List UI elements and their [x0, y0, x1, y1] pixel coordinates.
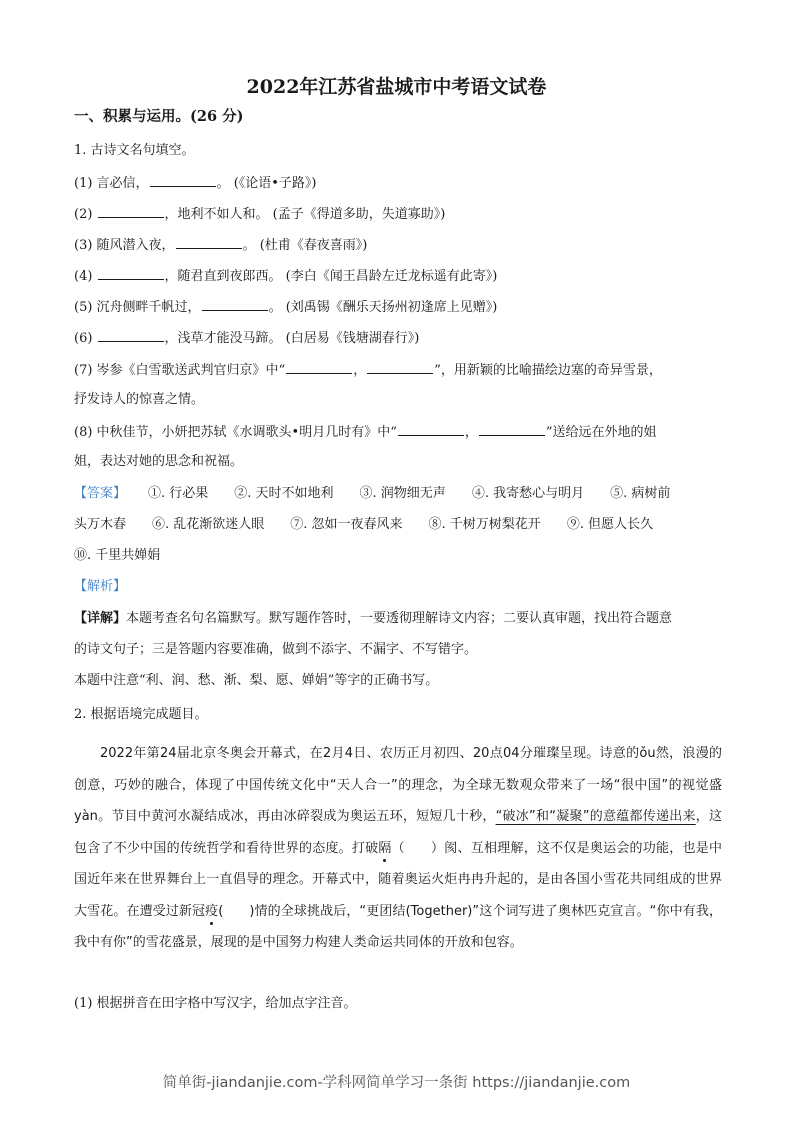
- item-text: ，地利不如人和。 (孟子《得道多助，失道寡助》): [165, 207, 446, 222]
- answer-item: ⑧. 千树万树梨花开: [429, 516, 541, 534]
- passage-text: （: [392, 841, 405, 856]
- answer-label: 【答案】: [74, 486, 126, 501]
- answer-blank[interactable]: [479, 422, 545, 436]
- answer-item: ⑨. 但愿人长久: [567, 517, 653, 532]
- item-text: (5) 沉舟侧畔千帆过，: [74, 300, 201, 315]
- answer-item: ②. 天时不如地利: [234, 485, 333, 503]
- answer-item: ④. 我寄愁心与明月: [472, 485, 584, 503]
- answer-blank[interactable]: [202, 297, 268, 311]
- answer-blank[interactable]: [98, 328, 164, 342]
- item-text: ，: [465, 425, 478, 440]
- item-text: (1) 言必信，: [74, 176, 149, 191]
- q1-item-3: (3) 随风潜入夜，。 (杜甫《春夜喜雨》): [74, 235, 367, 255]
- section-heading: 一、积累与运用。(26 分): [74, 108, 243, 126]
- item-text: ，浅草才能没马蹄。 (白居易《钱塘湖春行》): [165, 331, 420, 346]
- answer-blank[interactable]: [176, 235, 242, 249]
- answer-blank[interactable]: [286, 360, 352, 374]
- analysis-label: 【解析】: [74, 578, 126, 596]
- item-text: ”，用新颖的比喻描绘边塞的奇异雪景，: [434, 363, 662, 378]
- answer-item: ①. 行必果: [148, 485, 208, 503]
- item-text: (8) 中秋佳节，小妍把苏轼《水调歌头•明月几时有》中“: [74, 425, 397, 440]
- q1-item-8: (8) 中秋佳节，小妍把苏轼《水调歌头•明月几时有》中“，”送给远在外地的姐: [74, 422, 657, 442]
- q1-item-6: (6) ，浅草才能没马蹄。 (白居易《钱塘湖春行》): [74, 328, 419, 348]
- page-title: 2022年江苏省盐城市中考语文试卷: [0, 72, 793, 99]
- answer-blank[interactable]: [98, 204, 164, 218]
- passage-text: (: [218, 904, 223, 919]
- item-text: (6): [74, 331, 97, 346]
- dotted-character: 隔: [378, 841, 391, 856]
- answer-blank[interactable]: [398, 422, 464, 436]
- item-text: 。 (《论语•子路》): [217, 176, 317, 191]
- detail-line-2: 的诗文句子；三是答题内容要准确，做到不添字、不漏字、不写错字。: [74, 641, 477, 659]
- dotted-character: 疫: [205, 904, 218, 919]
- item-text: 。 (杜甫《春夜喜雨》): [243, 238, 368, 253]
- item-text: ”送给远在外地的姐: [546, 425, 657, 440]
- q1-item-8-cont: 姐，表达对她的思念和祝福。: [74, 453, 243, 471]
- answer-item: ⑦. 忽如一夜春风来: [290, 516, 402, 534]
- q1-item-1: (1) 言必信，。 (《论语•子路》): [74, 173, 317, 193]
- passage: 2022年第24届北京冬奥会开幕式，在2月4日、农历正月初四、20点04分璀璨呈…: [74, 738, 722, 959]
- answer-item: ⑥. 乱花渐欲迷人眼: [152, 516, 264, 534]
- answer-line-1: 【答案】①. 行必果②. 天时不如地利③. 润物细无声④. 我寄愁心与明月⑤. …: [74, 485, 670, 503]
- question-1-prompt: 1. 古诗文名句填空。: [74, 142, 195, 160]
- detail-note: 本题中注意“利、润、愁、渐、梨、愿、婵娟”等字的正确书写。: [74, 672, 438, 690]
- answer-item: ⑤. 病树前: [610, 486, 670, 501]
- answer-line-3: ⑩. 千里共婵娟: [74, 547, 160, 565]
- detail-label: 【详解】: [74, 611, 126, 626]
- item-text: (2): [74, 207, 97, 222]
- answer-line-2: 头万木春⑥. 乱花渐欲迷人眼⑦. 忽如一夜春风来⑧. 千树万树梨花开⑨. 但愿人…: [74, 516, 653, 534]
- item-text: (4): [74, 269, 97, 284]
- answer-item: 头万木春: [74, 516, 126, 534]
- item-text: (7) 岑参《白雪歌送武判官归京》中“: [74, 363, 285, 378]
- item-text: 。 (刘禹锡《酬乐天扬州初逢席上见赠》): [269, 300, 498, 315]
- underlined-phrase: “破冰”和“凝聚”的意蕴都传递出来: [496, 809, 696, 824]
- detail-line-1: 【详解】本题考查名句名篇默写。默写题作答时，一要透彻理解诗文内容；二要认真审题，…: [74, 610, 672, 628]
- item-text: (3) 随风潜入夜，: [74, 238, 175, 253]
- q1-item-7-cont: 抒发诗人的惊喜之情。: [74, 391, 204, 409]
- answer-blank[interactable]: [367, 360, 433, 374]
- q1-item-4: (4) ，随君直到夜郎西。 (李白《闻王昌龄左迁龙标遥有此寄》): [74, 266, 497, 286]
- question-2-prompt: 2. 根据语境完成题目。: [74, 706, 208, 724]
- detail-text: 本题考查名句名篇默写。默写题作答时，一要透彻理解诗文内容；二要认真审题，找出符合…: [126, 611, 672, 626]
- q2-sub-1: (1) 根据拼音在田字格中写汉字，给加点字注音。: [74, 995, 357, 1013]
- answer-item: ③. 润物细无声: [360, 485, 446, 503]
- footer-watermark: 简单街-jiandanjie.com-学科网简单学习一条街 https://ji…: [0, 1071, 793, 1092]
- q1-item-5: (5) 沉舟侧畔千帆过，。 (刘禹锡《酬乐天扬州初逢席上见赠》): [74, 297, 497, 317]
- q1-item-7: (7) 岑参《白雪歌送武判官归京》中“，”，用新颖的比喻描绘边塞的奇异雪景，: [74, 360, 662, 380]
- answer-blank[interactable]: [98, 266, 164, 280]
- item-text: ，随君直到夜郎西。 (李白《闻王昌龄左迁龙标遥有此寄》): [165, 269, 498, 284]
- item-text: ，: [353, 363, 366, 378]
- q1-item-2: (2) ，地利不如人和。 (孟子《得道多助，失道寡助》): [74, 204, 445, 224]
- answer-blank[interactable]: [150, 173, 216, 187]
- answer-item: ⑩. 千里共婵娟: [74, 548, 160, 563]
